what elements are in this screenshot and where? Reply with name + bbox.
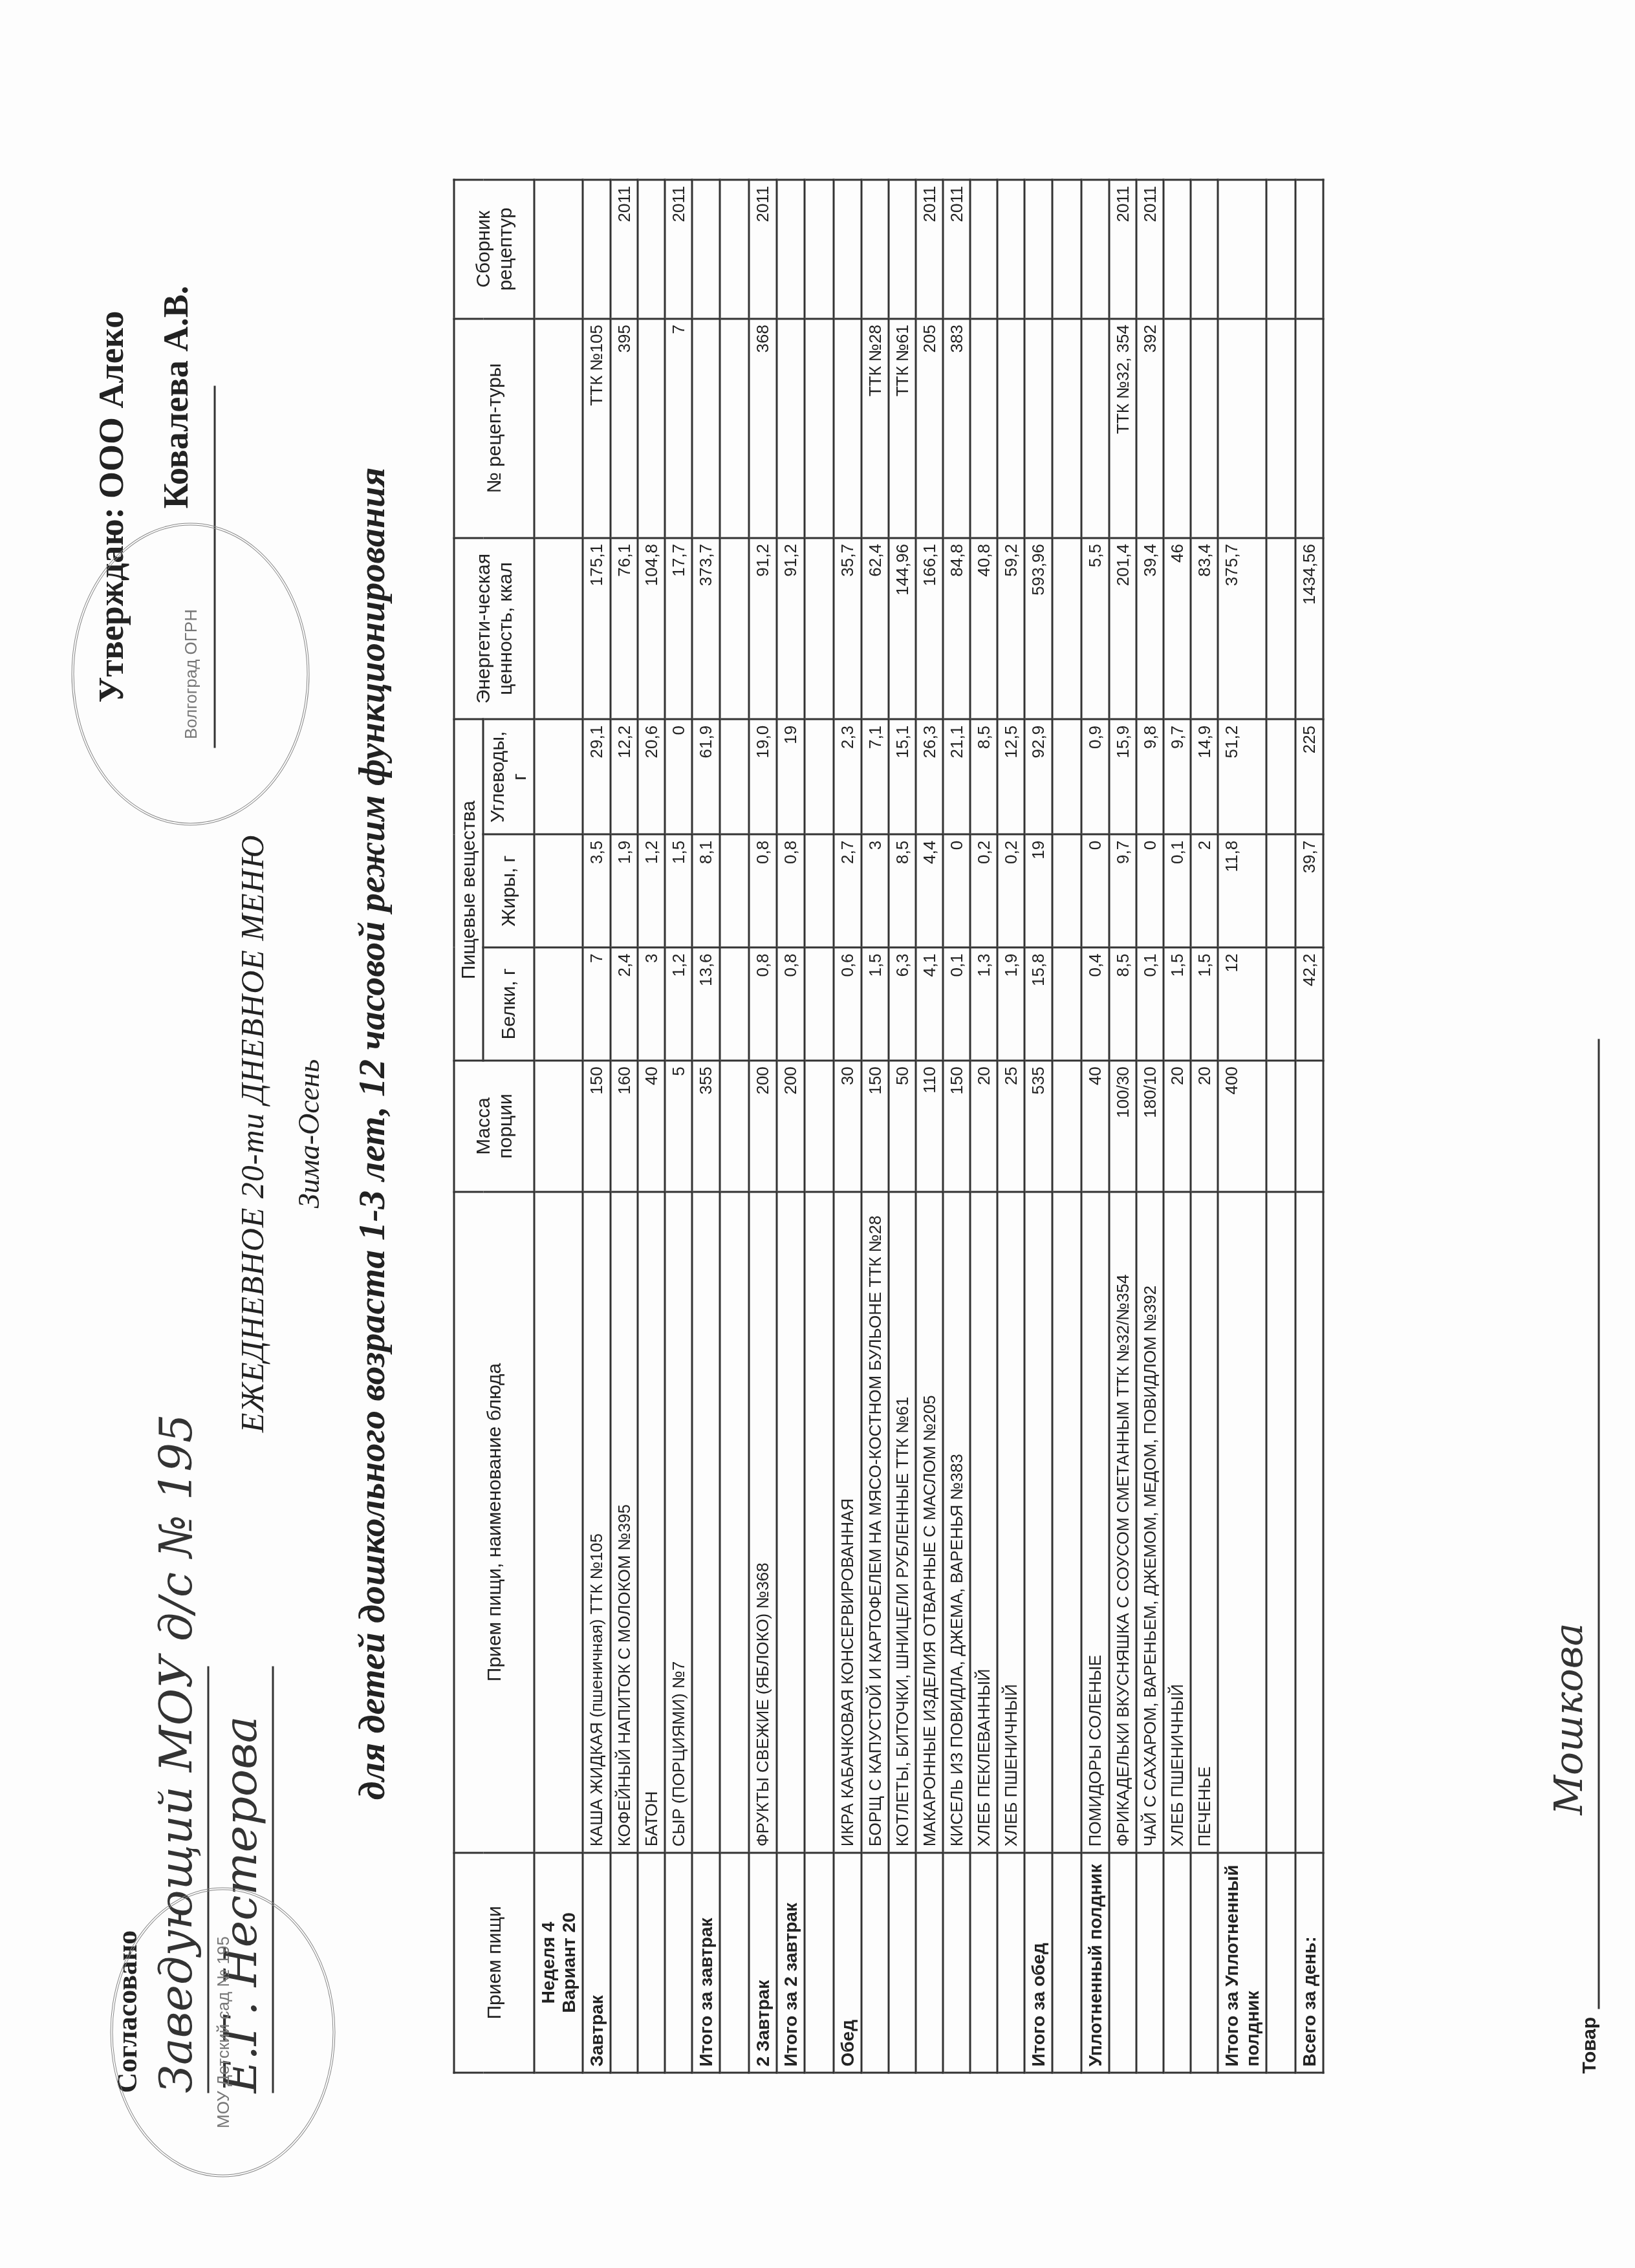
- total-fat: 0,8: [777, 834, 805, 947]
- total-recipe-empty: [1218, 319, 1266, 538]
- fat-cell: 8,5: [889, 834, 916, 947]
- mass-cell: 180/10: [1136, 1061, 1164, 1192]
- fat-cell: 0,1: [1164, 834, 1191, 947]
- carbs-cell: 12,2: [611, 719, 638, 834]
- recipe-no-cell: [997, 319, 1024, 538]
- day-total-mass: [1295, 1061, 1323, 1192]
- total-carbs: 92,9: [1024, 719, 1052, 834]
- dish-name: СЫР (ПОРЦИЯМИ) №7: [665, 1192, 692, 1853]
- meal-cell: Завтрак: [583, 1853, 611, 2073]
- table-row: ЧАЙ С САХАРОМ, ВАРЕНЬЕМ, ДЖЕМОМ, МЕДОМ, …: [1136, 180, 1164, 2073]
- table-row: СЫР (ПОРЦИЯМИ) №751,21,5017,772011: [665, 180, 692, 2073]
- col-carbs: Углеводы, г: [483, 719, 534, 834]
- kcal-cell: 175,1: [583, 538, 611, 720]
- recipe-book-cell: [638, 180, 665, 319]
- table-row: БАТОН4031,220,6104,8: [638, 180, 665, 2073]
- dish-name: ИКРА КАБАЧКОВАЯ КОНСЕРВИРОВАННАЯ: [834, 1192, 861, 1853]
- carbs-cell: 0: [665, 719, 692, 834]
- dish-name: ПОМИДОРЫ СОЛЕНЫЕ: [1081, 1192, 1109, 1853]
- total-dish-empty: [1218, 1192, 1266, 1853]
- table-row: КОТЛЕТЫ, БИТОЧКИ, ШНИЦЕЛИ РУБЛЕННЫЕ ТТК …: [889, 180, 916, 2073]
- week-label: Неделя 4: [538, 1859, 559, 2066]
- day-total-book-empty: [1295, 180, 1323, 319]
- day-total-fat: 39,7: [1295, 834, 1323, 947]
- kcal-cell: 62,4: [861, 538, 889, 720]
- table-row: ХЛЕБ ПШЕНИЧНЫЙ201,50,19,746: [1164, 180, 1191, 2073]
- table-row: ФРИКАДЕЛЬКИ ВКУСНЯШКА С СОУСОМ СМЕТАННЫМ…: [1109, 180, 1136, 2073]
- recipe-no-cell: [834, 319, 861, 538]
- table-row: БОРЩ С КАПУСТОЙ И КАРТОФЕЛЕМ НА МЯСО-КОС…: [861, 180, 889, 2073]
- day-total-carbs: 225: [1295, 719, 1323, 834]
- protein-cell: 8,5: [1109, 947, 1136, 1061]
- recipe-book-cell: 2011: [1109, 180, 1136, 319]
- total-carbs: 19: [777, 719, 805, 834]
- meal-cell: [1164, 1853, 1191, 2073]
- dish-name: ХЛЕБ ПЕКЛЕВАННЫЙ: [970, 1192, 997, 1853]
- meal-cell: 2 Завтрак: [749, 1853, 777, 2073]
- section-spacer: [720, 180, 749, 2073]
- day-total-kcal: 1434,56: [1295, 538, 1323, 720]
- kcal-cell: 59,2: [997, 538, 1024, 720]
- menu-season: Зима-Осень: [292, 0, 326, 2268]
- day-total-protein: 42,2: [1295, 947, 1323, 1061]
- section-total-row: Итого за 2 завтрак2000,80,81991,2: [777, 180, 805, 2073]
- protein-cell: 7: [583, 947, 611, 1061]
- carbs-cell: 19,0: [749, 719, 777, 834]
- mass-cell: 160: [611, 1061, 638, 1192]
- mass-cell: 50: [889, 1061, 916, 1192]
- carbs-cell: 26,3: [916, 719, 943, 834]
- dish-name: КИСЕЛЬ ИЗ ПОВИДЛА, ДЖЕМА, ВАРЕНЬЯ №383: [943, 1192, 970, 1853]
- total-book-empty: [692, 180, 720, 319]
- protein-cell: 0,1: [1136, 947, 1164, 1061]
- fat-cell: 0,2: [997, 834, 1024, 947]
- kcal-cell: 76,1: [611, 538, 638, 720]
- recipe-no-cell: [638, 319, 665, 538]
- kcal-cell: 91,2: [749, 538, 777, 720]
- recipe-no-cell: [1164, 319, 1191, 538]
- stamp-company: Волгоград ОГРН: [72, 523, 310, 826]
- meal-cell: [861, 1853, 889, 2073]
- mass-cell: 20: [1164, 1061, 1191, 1192]
- table-row: 2 ЗавтракФРУКТЫ СВЕЖИЕ (ЯБЛОКО) №3682000…: [749, 180, 777, 2073]
- carbs-cell: 8,5: [970, 719, 997, 834]
- fat-cell: 9,7: [1109, 834, 1136, 947]
- kcal-cell: 144,96: [889, 538, 916, 720]
- table-row: КИСЕЛЬ ИЗ ПОВИДЛА, ДЖЕМА, ВАРЕНЬЯ №38315…: [943, 180, 970, 2073]
- kcal-cell: 40,8: [970, 538, 997, 720]
- total-dish-empty: [777, 1192, 805, 1853]
- dish-name: ФРИКАДЕЛЬКИ ВКУСНЯШКА С СОУСОМ СМЕТАННЫМ…: [1109, 1192, 1136, 1853]
- carbs-cell: 7,1: [861, 719, 889, 834]
- section-total-row: Итого за обед53515,81992,9593,96: [1024, 180, 1052, 2073]
- recipe-no-cell: 395: [611, 319, 638, 538]
- kcal-cell: 46: [1164, 538, 1191, 720]
- recipe-no-cell: 7: [665, 319, 692, 538]
- fat-cell: 1,5: [665, 834, 692, 947]
- recipe-no-cell: 383: [943, 319, 970, 538]
- kcal-cell: 39,4: [1136, 538, 1164, 720]
- table-row: ЗавтракКАША ЖИДКАЯ (пшеничная) ТТК №1051…: [583, 180, 611, 2073]
- section-total-row: Итого за Уплотненный полдник4001211,851,…: [1218, 180, 1266, 2073]
- fat-cell: 3,5: [583, 834, 611, 947]
- recipe-no-cell: ТТК №61: [889, 319, 916, 538]
- carbs-cell: 15,1: [889, 719, 916, 834]
- protein-cell: 1,5: [1191, 947, 1218, 1061]
- protein-cell: 1,3: [970, 947, 997, 1061]
- dish-name: МАКАРОННЫЕ ИЗДЕЛИЯ ОТВАРНЫЕ С МАСЛОМ №20…: [916, 1192, 943, 1853]
- total-label: Итого за 2 завтрак: [777, 1853, 805, 2073]
- section-spacer: [805, 180, 834, 2073]
- fat-cell: 0: [1081, 834, 1109, 947]
- recipe-no-cell: ТТК №105: [583, 319, 611, 538]
- meal-cell: [943, 1853, 970, 2073]
- carbs-cell: 29,1: [583, 719, 611, 834]
- signature-label: Товар: [1579, 2017, 1601, 2074]
- col-mass: Масса порции: [454, 1061, 534, 1192]
- carbs-cell: 15,9: [1109, 719, 1136, 834]
- total-book-empty: [1218, 180, 1266, 319]
- protein-cell: 3: [638, 947, 665, 1061]
- recipe-book-cell: [1081, 180, 1109, 319]
- dish-name: КОТЛЕТЫ, БИТОЧКИ, ШНИЦЕЛИ РУБЛЕННЫЕ ТТК …: [889, 1192, 916, 1853]
- total-recipe-empty: [777, 319, 805, 538]
- total-book-empty: [1024, 180, 1052, 319]
- mass-cell: 20: [1191, 1061, 1218, 1192]
- total-carbs: 51,2: [1218, 719, 1266, 834]
- col-recipe-no: № рецеп-туры: [454, 319, 534, 538]
- meal-cell: [665, 1853, 692, 2073]
- protein-cell: 0,1: [943, 947, 970, 1061]
- total-protein: 12: [1218, 947, 1266, 1061]
- protein-cell: 4,1: [916, 947, 943, 1061]
- dish-name: ХЛЕБ ПШЕНИЧНЫЙ: [997, 1192, 1024, 1853]
- protein-cell: 1,5: [861, 947, 889, 1061]
- table-row: ХЛЕБ ПЕКЛЕВАННЫЙ201,30,28,540,8: [970, 180, 997, 2073]
- total-label: Итого за обед: [1024, 1853, 1052, 2073]
- recipe-book-cell: 2011: [665, 180, 692, 319]
- mass-cell: 110: [916, 1061, 943, 1192]
- protein-cell: 2,4: [611, 947, 638, 1061]
- dish-name: ХЛЕБ ПШЕНИЧНЫЙ: [1164, 1192, 1191, 1853]
- recipe-book-cell: [583, 180, 611, 319]
- recipe-no-cell: [1191, 319, 1218, 538]
- carbs-cell: 21,1: [943, 719, 970, 834]
- fat-cell: 4,4: [916, 834, 943, 947]
- fat-cell: 0,2: [970, 834, 997, 947]
- section-total-row: Итого за завтрак35513,68,161,9373,7: [692, 180, 720, 2073]
- table-row: Уплотненный полдникПОМИДОРЫ СОЛЕНЫЕ400,4…: [1081, 180, 1109, 2073]
- protein-cell: 6,3: [889, 947, 916, 1061]
- total-fat: 19: [1024, 834, 1052, 947]
- meal-cell: [1191, 1853, 1218, 2073]
- kcal-cell: 201,4: [1109, 538, 1136, 720]
- recipe-book-cell: 2011: [1136, 180, 1164, 319]
- total-fat: 11,8: [1218, 834, 1266, 947]
- meal-cell: [889, 1853, 916, 2073]
- dish-name: КОФЕЙНЫЙ НАПИТОК С МОЛОКОМ №395: [611, 1192, 638, 1853]
- total-label: Итого за завтрак: [692, 1853, 720, 2073]
- total-carbs: 61,9: [692, 719, 720, 834]
- dish-name: ПЕЧЕНЬЕ: [1191, 1192, 1218, 1853]
- protein-cell: 0,4: [1081, 947, 1109, 1061]
- kcal-cell: 84,8: [943, 538, 970, 720]
- recipe-no-cell: 368: [749, 319, 777, 538]
- menu-table: Прием пищи Прием пищи, наименование блюд…: [453, 179, 1325, 2074]
- section-spacer: [1266, 180, 1295, 2073]
- week-variant-cell: Неделя 4 Вариант 20: [534, 1853, 583, 2073]
- dish-name: ФРУКТЫ СВЕЖИЕ (ЯБЛОКО) №368: [749, 1192, 777, 1853]
- col-meal: Прием пищи: [454, 1853, 534, 2073]
- recipe-book-cell: 2011: [943, 180, 970, 319]
- meal-cell: [1109, 1853, 1136, 2073]
- fat-cell: 0: [943, 834, 970, 947]
- kcal-cell: 17,7: [665, 538, 692, 720]
- fat-cell: 2: [1191, 834, 1218, 947]
- recipe-book-cell: [834, 180, 861, 319]
- meal-cell: [1136, 1853, 1164, 2073]
- carbs-cell: 9,8: [1136, 719, 1164, 834]
- mass-cell: 30: [834, 1061, 861, 1192]
- day-total-label: Всего за день:: [1295, 1853, 1323, 2073]
- recipe-no-cell: ТТК №32, 354: [1109, 319, 1136, 538]
- day-total-row: Всего за день:42,239,72251434,56: [1295, 180, 1323, 2073]
- col-protein: Белки, г: [483, 947, 534, 1061]
- dish-name: КАША ЖИДКАЯ (пшеничная) ТТК №105: [583, 1192, 611, 1853]
- mass-cell: 25: [997, 1061, 1024, 1192]
- fat-cell: 0: [1136, 834, 1164, 947]
- recipe-book-cell: [997, 180, 1024, 319]
- signature-handwriting: Мошкова: [1546, 1623, 1592, 1815]
- total-dish-empty: [692, 1192, 720, 1853]
- variant-label: Вариант 20: [559, 1859, 579, 2066]
- recipe-book-cell: 2011: [611, 180, 638, 319]
- section-spacer: [1052, 180, 1081, 2073]
- kcal-cell: 104,8: [638, 538, 665, 720]
- mass-cell: 150: [583, 1061, 611, 1192]
- week-variant-row: Неделя 4 Вариант 20: [534, 180, 583, 2073]
- total-dish-empty: [1024, 1192, 1052, 1853]
- mass-cell: 5: [665, 1061, 692, 1192]
- table-row: ХЛЕБ ПШЕНИЧНЫЙ251,90,212,559,2: [997, 180, 1024, 2073]
- protein-cell: 1,5: [1164, 947, 1191, 1061]
- protein-cell: 1,2: [665, 947, 692, 1061]
- table-row: ОбедИКРА КАБАЧКОВАЯ КОНСЕРВИРОВАННАЯ300,…: [834, 180, 861, 2073]
- recipe-book-cell: [861, 180, 889, 319]
- recipe-book-cell: [1191, 180, 1218, 319]
- total-kcal: 593,96: [1024, 538, 1052, 720]
- meal-cell: Уплотненный полдник: [1081, 1853, 1109, 2073]
- day-total-recipe-empty: [1295, 319, 1323, 538]
- dish-name: ЧАЙ С САХАРОМ, ВАРЕНЬЕМ, ДЖЕМОМ, МЕДОМ, …: [1136, 1192, 1164, 1853]
- total-fat: 8,1: [692, 834, 720, 947]
- col-kcal: Энергети-ческая ценность, ккал: [454, 538, 534, 720]
- recipe-no-cell: [970, 319, 997, 538]
- approve-name: Ковалева А.В.: [156, 286, 196, 509]
- total-protein: 13,6: [692, 947, 720, 1061]
- col-fat: Жиры, г: [483, 834, 534, 947]
- total-mass: 400: [1218, 1061, 1266, 1192]
- carbs-cell: 20,6: [638, 719, 665, 834]
- fat-cell: 3: [861, 834, 889, 947]
- mass-cell: 150: [943, 1061, 970, 1192]
- fat-cell: 1,9: [611, 834, 638, 947]
- meal-cell: [997, 1853, 1024, 2073]
- protein-cell: 1,9: [997, 947, 1024, 1061]
- signature-line: [1598, 1039, 1600, 2009]
- meal-cell: [611, 1853, 638, 2073]
- total-mass: 535: [1024, 1061, 1052, 1192]
- fat-cell: 0,8: [749, 834, 777, 947]
- carbs-cell: 12,5: [997, 719, 1024, 834]
- meal-cell: [916, 1853, 943, 2073]
- total-mass: 355: [692, 1061, 720, 1192]
- carbs-cell: 0,9: [1081, 719, 1109, 834]
- recipe-no-cell: ТТК №28: [861, 319, 889, 538]
- total-book-empty: [777, 180, 805, 319]
- mass-cell: 200: [749, 1061, 777, 1192]
- fat-cell: 1,2: [638, 834, 665, 947]
- table-row: МАКАРОННЫЕ ИЗДЕЛИЯ ОТВАРНЫЕ С МАСЛОМ №20…: [916, 180, 943, 2073]
- mass-cell: 40: [1081, 1061, 1109, 1192]
- menu-document-page: Согласовано Заведующий МОУ д/с № 195 Е.Г…: [1, 0, 1635, 2268]
- total-recipe-empty: [1024, 319, 1052, 538]
- recipe-book-cell: 2011: [916, 180, 943, 319]
- recipe-no-cell: [1081, 319, 1109, 538]
- day-total-dish-empty: [1295, 1192, 1323, 1853]
- col-nutrients: Пищевые вещества: [454, 719, 483, 1060]
- mass-cell: 100/30: [1109, 1061, 1136, 1192]
- col-recipe-book: Сборник рецептур: [454, 180, 534, 319]
- total-protein: 0,8: [777, 947, 805, 1061]
- table-row: ПЕЧЕНЬЕ201,5214,983,4: [1191, 180, 1218, 2073]
- carbs-cell: 14,9: [1191, 719, 1218, 834]
- menu-subtitle: для детей дошкольного возраста 1-3 лет, …: [350, 0, 393, 2268]
- total-mass: 200: [777, 1061, 805, 1192]
- carbs-cell: 9,7: [1164, 719, 1191, 834]
- kcal-cell: 35,7: [834, 538, 861, 720]
- dish-name: БОРЩ С КАПУСТОЙ И КАРТОФЕЛЕМ НА МЯСО-КОС…: [861, 1192, 889, 1853]
- menu-table-body: Неделя 4 Вариант 20 ЗавтракКАША ЖИДКАЯ (…: [534, 180, 1323, 2073]
- dish-name: БАТОН: [638, 1192, 665, 1853]
- total-recipe-empty: [692, 319, 720, 538]
- recipe-book-cell: 2011: [749, 180, 777, 319]
- total-protein: 15,8: [1024, 947, 1052, 1061]
- mass-cell: 20: [970, 1061, 997, 1192]
- table-row: КОФЕЙНЫЙ НАПИТОК С МОЛОКОМ №3951602,41,9…: [611, 180, 638, 2073]
- kcal-cell: 166,1: [916, 538, 943, 720]
- col-dish: Прием пищи, наименование блюда: [454, 1192, 534, 1853]
- recipe-book-cell: [1164, 180, 1191, 319]
- carbs-cell: 2,3: [834, 719, 861, 834]
- kcal-cell: 5,5: [1081, 538, 1109, 720]
- recipe-no-cell: 392: [1136, 319, 1164, 538]
- kcal-cell: 83,4: [1191, 538, 1218, 720]
- mass-cell: 150: [861, 1061, 889, 1192]
- fat-cell: 2,7: [834, 834, 861, 947]
- total-label: Итого за Уплотненный полдник: [1218, 1853, 1266, 2073]
- total-kcal: 375,7: [1218, 538, 1266, 720]
- meal-cell: [638, 1853, 665, 2073]
- protein-cell: 0,6: [834, 947, 861, 1061]
- meal-cell: Обед: [834, 1853, 861, 2073]
- mass-cell: 40: [638, 1061, 665, 1192]
- meal-cell: [970, 1853, 997, 2073]
- protein-cell: 0,8: [749, 947, 777, 1061]
- total-kcal: 91,2: [777, 538, 805, 720]
- recipe-book-cell: [889, 180, 916, 319]
- total-kcal: 373,7: [692, 538, 720, 720]
- recipe-book-cell: [970, 180, 997, 319]
- recipe-no-cell: 205: [916, 319, 943, 538]
- menu-title: ЕЖЕДНЕВНОЕ 20-ти ДНЕВНОЕ МЕНЮ: [233, 0, 271, 2268]
